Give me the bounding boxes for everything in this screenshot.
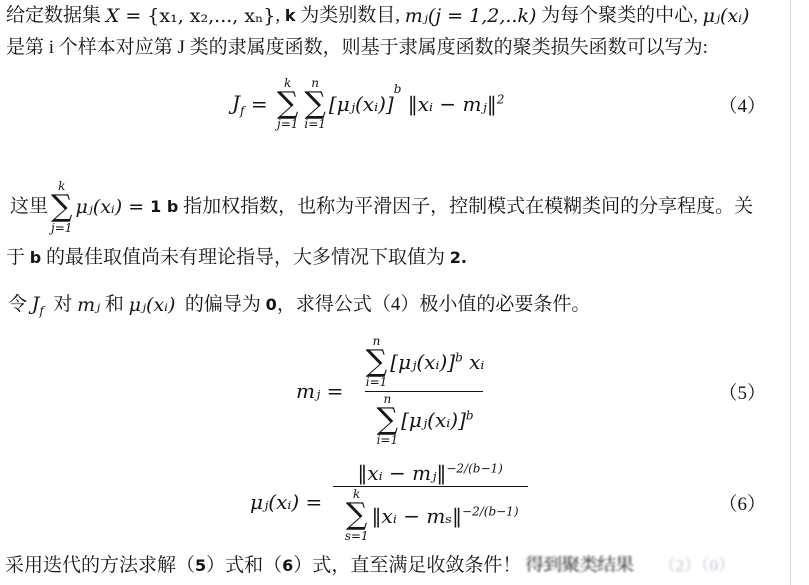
ghost-text: （2）（0） — [633, 555, 735, 577]
text-run: 是第 i 个样本对应第 J 类的隶属度函数，则基于隶属度函数的聚类损失函数可以写… — [6, 36, 708, 61]
fraction: n ∑ i=1 [μⱼ(xᵢ)]b xᵢ n ∑ i=1 [μⱼ(xᵢ)]b — [354, 334, 494, 449]
eq6-lhs: μⱼ(xᵢ) — [250, 490, 299, 514]
sigma-icon: ∑ — [346, 501, 367, 530]
text-run: ）式，直至满足收敛条件！ — [293, 554, 521, 579]
text-run: 指加权指数，也称为平滑因子，控制模式在模糊类间的分享程度。关 — [178, 195, 753, 220]
text-run: ）式和（ — [206, 554, 282, 579]
text-run: = — [122, 195, 150, 220]
text-run: X — [106, 4, 120, 29]
sigma-icon: ∑ — [377, 406, 398, 435]
text-run: 于 — [6, 246, 30, 271]
numerator: ‖xᵢ − mⱼ‖−2/(b−1) — [348, 460, 512, 486]
text-run: 2. — [450, 248, 467, 269]
norm-term: ‖xᵢ − mⱼ‖−2/(b−1) — [357, 461, 503, 485]
text-run: 对 — [44, 293, 77, 318]
denominator: n ∑ i=1 [μⱼ(xᵢ)]b — [365, 391, 483, 449]
norm-term: ‖xᵢ − mⱼ‖2 — [401, 92, 504, 116]
equation-4-number: （4） — [718, 91, 766, 118]
text-run: = {x₁, x₂,..., xₙ} — [119, 4, 275, 29]
sample-term: xᵢ — [463, 350, 485, 374]
fraction: ‖xᵢ − mⱼ‖−2/(b−1) k ∑ s=1 ‖xᵢ − mₛ‖−2/(b… — [333, 460, 528, 544]
text-run: ，求得公式（4）极小值的必要条件。 — [277, 293, 591, 318]
sigma-icon: ∑ — [304, 90, 325, 119]
equation-4: Jf = k ∑ j=1 n ∑ i=1 [μⱼ(xᵢ)]b ‖xᵢ − mⱼ‖… — [232, 77, 504, 132]
summation: k∑j=1 — [51, 180, 72, 235]
text-run: μⱼ(xᵢ) — [75, 195, 122, 220]
text-run: 为类别数目, — [296, 4, 405, 29]
summation-outer: k ∑ j=1 — [277, 77, 298, 132]
paragraph-1-line-1: 给定数据集 X = {x₁, x₂,..., xₙ}, k 为类别数目, mⱼ(… — [6, 4, 749, 29]
denominator: k ∑ s=1 ‖xᵢ − mₛ‖−2/(b−1) — [333, 486, 528, 544]
text-run: 这里 — [10, 195, 48, 220]
membership-term: [μⱼ(xᵢ)]b — [329, 92, 401, 116]
summation: n ∑ i=1 — [366, 335, 388, 390]
text-run: μⱼ(xᵢ) — [703, 4, 750, 29]
blurred-text: 得到聚类结果 — [521, 555, 633, 578]
page-border-line — [790, 0, 791, 585]
equation-4-row: Jf = k ∑ j=1 n ∑ i=1 [μⱼ(xᵢ)]b ‖xᵢ − mⱼ‖… — [0, 62, 792, 146]
equation-5-number: （5） — [718, 378, 766, 405]
equation-6: μⱼ(xᵢ) = ‖xᵢ − mⱼ‖−2/(b−1) k ∑ s=1 ‖xᵢ −… — [250, 460, 532, 544]
text-run: b — [30, 248, 41, 269]
text-run: 采用迭代的方法求解（ — [5, 554, 195, 579]
text-run: 的偏导为 — [175, 293, 265, 318]
norm-term: ‖xᵢ − mₛ‖−2/(b−1) — [372, 504, 519, 528]
equation-5: mⱼ = n ∑ i=1 [μⱼ(xᵢ)]b xᵢ n ∑ i= — [296, 334, 497, 449]
numerator: n ∑ i=1 [μⱼ(xᵢ)]b xᵢ — [354, 334, 494, 391]
eq4-lhs: Jf — [232, 91, 244, 118]
text-run: 1 b — [150, 197, 178, 218]
equation-5-row: mⱼ = n ∑ i=1 [μⱼ(xᵢ)]b xᵢ n ∑ i= — [0, 330, 792, 452]
text-run: 的最佳取值尚未有理论指导，大多情况下取值为 — [41, 246, 450, 271]
document-page: 给定数据集 X = {x₁, x₂,..., xₙ}, k 为类别数目, mⱼ(… — [0, 0, 809, 585]
summation: n ∑ i=1 — [377, 393, 399, 448]
text-run: , — [275, 4, 285, 29]
text-run: 6 — [282, 556, 293, 577]
text-run: mⱼ — [77, 293, 100, 318]
summation-inner: n ∑ i=1 — [304, 77, 326, 132]
equation-6-number: （6） — [718, 489, 766, 516]
text-run: 令 — [8, 293, 32, 318]
text-run: 0 — [266, 295, 277, 316]
paragraph-2-line-2: 于 b 的最佳取值尚未有理论指导，大多情况下取值为 2. — [6, 246, 467, 271]
math-symbol: Jf — [32, 292, 44, 319]
equals-sign: = — [299, 490, 328, 514]
text-run: μⱼ(xᵢ) — [129, 293, 176, 318]
paragraph-4: 采用迭代的方法求解（5）式和（6）式，直至满足收敛条件！ 得到聚类结果 （2）（… — [5, 554, 735, 579]
sigma-icon: ∑ — [277, 90, 298, 119]
eq5-lhs: mⱼ — [296, 379, 320, 403]
summation: k ∑ s=1 — [345, 488, 369, 543]
text-run: 和 — [100, 293, 129, 318]
text-run: 给定数据集 — [6, 4, 106, 29]
equals-sign: = — [244, 92, 273, 116]
equals-sign: = — [320, 379, 349, 403]
text-run: k — [285, 6, 296, 27]
sigma-icon: ∑ — [366, 348, 387, 377]
equation-6-row: μⱼ(xᵢ) = ‖xᵢ − mⱼ‖−2/(b−1) k ∑ s=1 ‖xᵢ −… — [0, 452, 792, 552]
membership-term: [μⱼ(xᵢ)]b — [401, 408, 473, 432]
paragraph-3: 令 Jf 对 mⱼ 和 μⱼ(xᵢ) 的偏导为 0，求得公式（4）极小值的必要条… — [8, 292, 590, 319]
paragraph-1-line-2: 是第 i 个样本对应第 J 类的隶属度函数，则基于隶属度函数的聚类损失函数可以写… — [6, 36, 708, 61]
text-run: 5 — [195, 556, 206, 577]
membership-term: [μⱼ(xᵢ)]b — [390, 350, 462, 374]
paragraph-2-line-1: 这里k∑j=1μⱼ(xᵢ) = 1 b 指加权指数，也称为平滑因子，控制模式在模… — [10, 180, 753, 235]
text-run: mⱼ(j = 1,2,..k) — [405, 4, 537, 29]
text-run: 为每个聚类的中心, — [536, 4, 702, 29]
